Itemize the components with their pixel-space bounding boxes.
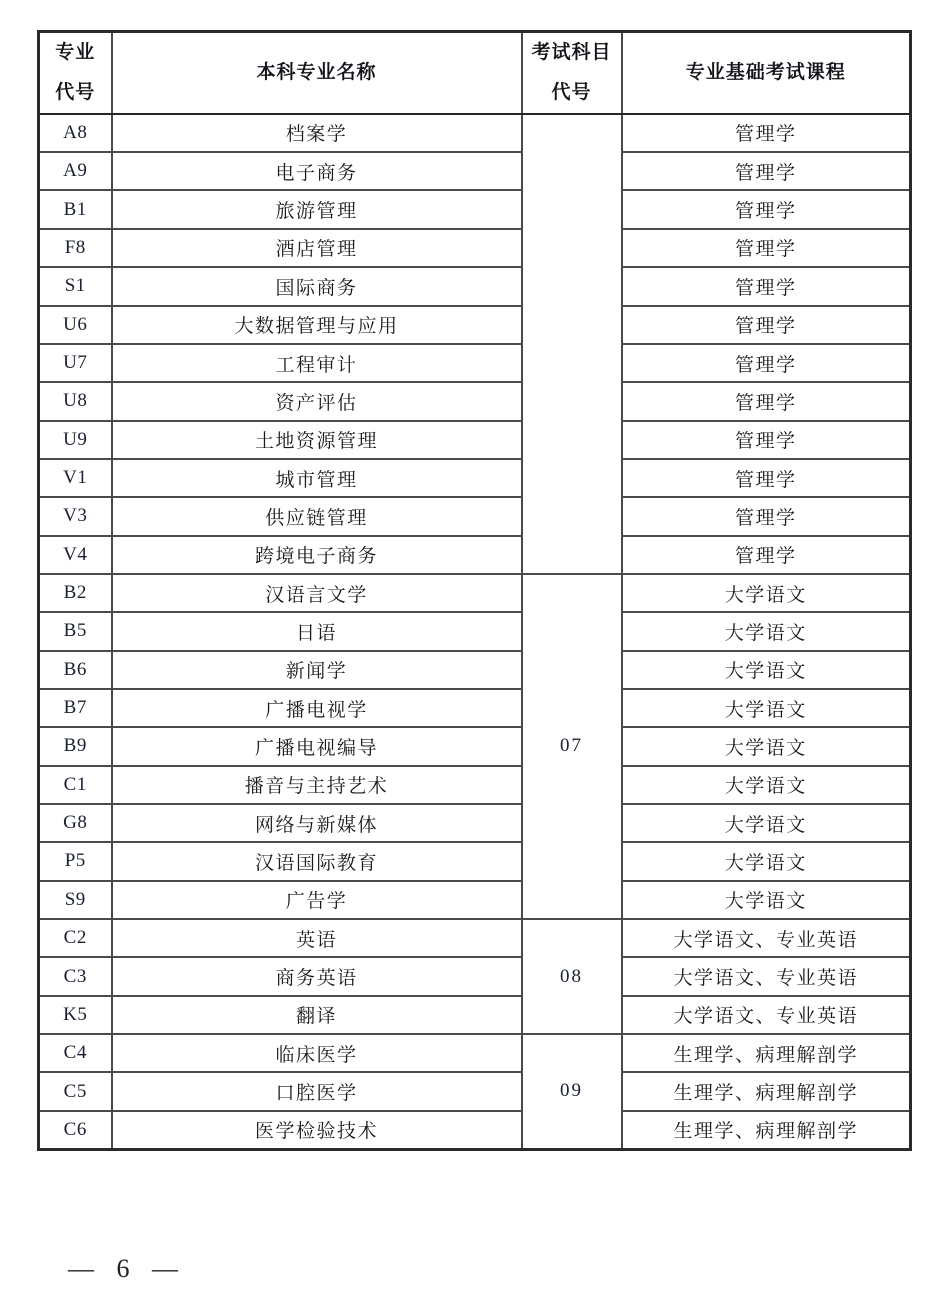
major-name-cell: 广告学: [112, 881, 522, 919]
page-number: — 6 —: [68, 1254, 182, 1284]
header-exam-subject-code: 考试科目 代号: [522, 32, 622, 114]
major-name-cell: 网络与新媒体: [112, 804, 522, 842]
major-code-cell: B1: [39, 190, 112, 228]
major-name-cell: 工程审计: [112, 344, 522, 382]
major-code-cell: V3: [39, 497, 112, 535]
major-name-cell: 土地资源管理: [112, 421, 522, 459]
major-code-cell: A9: [39, 152, 112, 190]
major-name-cell: 旅游管理: [112, 190, 522, 228]
table-row: U8资产评估管理学: [39, 382, 911, 420]
major-code-cell: F8: [39, 229, 112, 267]
table-row: B7广播电视学大学语文: [39, 689, 911, 727]
major-name-cell: 医学检验技术: [112, 1111, 522, 1149]
basic-exam-course-cell: 管理学: [622, 229, 911, 267]
table-row: B6新闻学大学语文: [39, 651, 911, 689]
major-name-cell: 口腔医学: [112, 1072, 522, 1110]
major-code-cell: V4: [39, 536, 112, 574]
exam-subject-code-cell: 07: [522, 574, 622, 919]
table-row: A9电子商务管理学: [39, 152, 911, 190]
table-row: P5汉语国际教育大学语文: [39, 842, 911, 880]
major-code-cell: B5: [39, 612, 112, 650]
major-code-cell: B2: [39, 574, 112, 612]
major-code-cell: B9: [39, 727, 112, 765]
major-name-cell: 新闻学: [112, 651, 522, 689]
major-code-cell: U8: [39, 382, 112, 420]
major-name-cell: 电子商务: [112, 152, 522, 190]
major-code-cell: A8: [39, 114, 112, 152]
major-code-cell: K5: [39, 996, 112, 1034]
basic-exam-course-cell: 大学语文: [622, 651, 911, 689]
major-code-cell: C1: [39, 766, 112, 804]
major-name-cell: 档案学: [112, 114, 522, 152]
table-row: C3商务英语大学语文、专业英语: [39, 957, 911, 995]
basic-exam-course-cell: 生理学、病理解剖学: [622, 1072, 911, 1110]
major-code-cell: U9: [39, 421, 112, 459]
basic-exam-course-cell: 管理学: [622, 382, 911, 420]
header-basic-exam-course: 专业基础考试课程: [622, 32, 911, 114]
table-row: C6医学检验技术生理学、病理解剖学: [39, 1111, 911, 1149]
major-name-cell: 播音与主持艺术: [112, 766, 522, 804]
basic-exam-course-cell: 大学语文: [622, 766, 911, 804]
major-name-cell: 国际商务: [112, 267, 522, 305]
major-code-cell: C3: [39, 957, 112, 995]
table-row: G8网络与新媒体大学语文: [39, 804, 911, 842]
basic-exam-course-cell: 管理学: [622, 421, 911, 459]
table-row: B2汉语言文学07大学语文: [39, 574, 911, 612]
table-row: F8酒店管理管理学: [39, 229, 911, 267]
basic-exam-course-cell: 大学语文: [622, 727, 911, 765]
table-body: A8档案学管理学A9电子商务管理学B1旅游管理管理学F8酒店管理管理学S1国际商…: [39, 114, 911, 1149]
table-row: K5翻译大学语文、专业英语: [39, 996, 911, 1034]
major-code-cell: C6: [39, 1111, 112, 1149]
document-page: 专业 代号 本科专业名称 考试科目 代号 专业基础考试课程 A8档案学管理学A9…: [0, 0, 942, 1308]
basic-exam-course-cell: 管理学: [622, 267, 911, 305]
major-code-cell: B7: [39, 689, 112, 727]
table-row: A8档案学管理学: [39, 114, 911, 152]
header-major-name: 本科专业名称: [112, 32, 522, 114]
basic-exam-course-cell: 管理学: [622, 344, 911, 382]
major-name-cell: 翻译: [112, 996, 522, 1034]
major-name-cell: 资产评估: [112, 382, 522, 420]
major-code-cell: C4: [39, 1034, 112, 1072]
table-row: C4临床医学09生理学、病理解剖学: [39, 1034, 911, 1072]
major-code-cell: S1: [39, 267, 112, 305]
major-name-cell: 英语: [112, 919, 522, 957]
basic-exam-course-cell: 大学语文、专业英语: [622, 919, 911, 957]
major-code-cell: C2: [39, 919, 112, 957]
major-name-cell: 酒店管理: [112, 229, 522, 267]
major-name-cell: 汉语国际教育: [112, 842, 522, 880]
table-row: U7工程审计管理学: [39, 344, 911, 382]
basic-exam-course-cell: 管理学: [622, 190, 911, 228]
basic-exam-course-cell: 管理学: [622, 152, 911, 190]
header-major-code: 专业 代号: [39, 32, 112, 114]
basic-exam-course-cell: 管理学: [622, 306, 911, 344]
major-code-cell: V1: [39, 459, 112, 497]
major-name-cell: 临床医学: [112, 1034, 522, 1072]
basic-exam-course-cell: 生理学、病理解剖学: [622, 1111, 911, 1149]
basic-exam-course-cell: 管理学: [622, 459, 911, 497]
major-code-cell: G8: [39, 804, 112, 842]
table-row: S9广告学大学语文: [39, 881, 911, 919]
major-name-cell: 供应链管理: [112, 497, 522, 535]
major-name-cell: 跨境电子商务: [112, 536, 522, 574]
exam-subject-code-cell: 09: [522, 1034, 622, 1149]
basic-exam-course-cell: 管理学: [622, 497, 911, 535]
basic-exam-course-cell: 管理学: [622, 536, 911, 574]
basic-exam-course-cell: 大学语文: [622, 689, 911, 727]
header-row: 专业 代号 本科专业名称 考试科目 代号 专业基础考试课程: [39, 32, 911, 114]
basic-exam-course-cell: 大学语文、专业英语: [622, 996, 911, 1034]
table-row: U6大数据管理与应用管理学: [39, 306, 911, 344]
table-row: V4跨境电子商务管理学: [39, 536, 911, 574]
major-code-cell: S9: [39, 881, 112, 919]
basic-exam-course-cell: 大学语文: [622, 574, 911, 612]
major-name-cell: 日语: [112, 612, 522, 650]
table-row: C5口腔医学生理学、病理解剖学: [39, 1072, 911, 1110]
major-code-cell: U6: [39, 306, 112, 344]
table-row: C2英语08大学语文、专业英语: [39, 919, 911, 957]
major-name-cell: 广播电视编导: [112, 727, 522, 765]
exam-subject-code-cell: 08: [522, 919, 622, 1034]
table-row: V1城市管理管理学: [39, 459, 911, 497]
basic-exam-course-cell: 大学语文: [622, 842, 911, 880]
major-code-cell: C5: [39, 1072, 112, 1110]
table-row: B5日语大学语文: [39, 612, 911, 650]
table-row: C1播音与主持艺术大学语文: [39, 766, 911, 804]
major-code-cell: P5: [39, 842, 112, 880]
basic-exam-course-cell: 生理学、病理解剖学: [622, 1034, 911, 1072]
basic-exam-course-cell: 大学语文: [622, 804, 911, 842]
major-name-cell: 广播电视学: [112, 689, 522, 727]
major-code-cell: B6: [39, 651, 112, 689]
table-row: U9土地资源管理管理学: [39, 421, 911, 459]
table-row: V3供应链管理管理学: [39, 497, 911, 535]
majors-exam-table: 专业 代号 本科专业名称 考试科目 代号 专业基础考试课程 A8档案学管理学A9…: [37, 30, 912, 1151]
major-name-cell: 汉语言文学: [112, 574, 522, 612]
table-row: S1国际商务管理学: [39, 267, 911, 305]
major-name-cell: 城市管理: [112, 459, 522, 497]
basic-exam-course-cell: 管理学: [622, 114, 911, 152]
major-name-cell: 大数据管理与应用: [112, 306, 522, 344]
basic-exam-course-cell: 大学语文、专业英语: [622, 957, 911, 995]
basic-exam-course-cell: 大学语文: [622, 881, 911, 919]
table-row: B1旅游管理管理学: [39, 190, 911, 228]
exam-subject-code-cell: [522, 114, 622, 574]
basic-exam-course-cell: 大学语文: [622, 612, 911, 650]
major-name-cell: 商务英语: [112, 957, 522, 995]
major-code-cell: U7: [39, 344, 112, 382]
table-row: B9广播电视编导大学语文: [39, 727, 911, 765]
table-header: 专业 代号 本科专业名称 考试科目 代号 专业基础考试课程: [39, 32, 911, 114]
